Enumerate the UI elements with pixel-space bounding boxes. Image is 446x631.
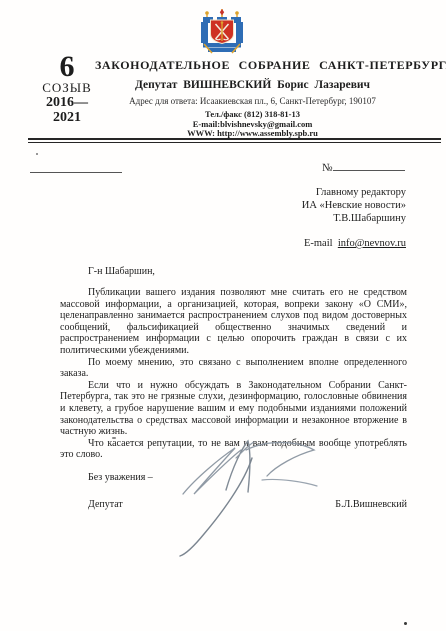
- addressee-person: Т.В.Шабаршину: [186, 212, 406, 225]
- convocation-block: 6 СОЗЫВ 2016— 2021: [34, 54, 100, 125]
- addressee-agency: ИА «Невские новости»: [186, 199, 406, 212]
- addressee-email-link[interactable]: info@nevnov.ru: [338, 238, 406, 249]
- convocation-years-start: 2016—: [34, 95, 100, 110]
- salutation: Г-н Шабаршин,: [60, 266, 407, 277]
- organization-name: ЗАКОНОДАТЕЛЬНОЕ СОБРАНИЕ САНКТ-ПЕТЕРБУРГ…: [95, 58, 410, 73]
- scan-speck: [112, 437, 116, 439]
- convocation-label: СОЗЫВ: [34, 81, 100, 95]
- signer-name: Б.Л.Вишневский: [335, 499, 407, 510]
- scan-speck: [36, 153, 38, 155]
- addressee-block: Главному редактору ИА «Невские новости» …: [186, 186, 406, 250]
- signer-position: Депутат: [88, 499, 123, 510]
- convocation-number: 6: [34, 54, 100, 80]
- addressee-email-label: E-mail: [304, 238, 333, 249]
- convocation-years-end: 2021: [34, 110, 100, 125]
- outgoing-date-blank: [30, 160, 122, 173]
- spb-coat-of-arms-icon: [199, 8, 245, 56]
- scanned-letter-page: 6 СОЗЫВ 2016— 2021 ЗАКОНОДАТЕЛЬНОЕ СОБРА…: [0, 0, 446, 631]
- number-sign-label: №: [322, 162, 333, 174]
- reply-address: Адрес для ответа: Исаакиевская пл., 6, С…: [95, 96, 410, 106]
- body-paragraph: Публикации вашего издания позволяют мне …: [60, 287, 407, 357]
- deputy-name: Депутат ВИШНЕВСКИЙ Борис Лазаревич: [95, 79, 410, 91]
- outgoing-number-blank: [333, 159, 405, 171]
- letterhead-divider: [28, 138, 441, 143]
- body-paragraph: По моему мнению, это связано с выполнени…: [60, 357, 407, 380]
- handwritten-signature: [158, 428, 328, 568]
- outgoing-number-field: №: [322, 159, 405, 174]
- addressee-title: Главному редактору: [186, 186, 406, 199]
- scan-speck: [404, 622, 407, 625]
- letterhead: ЗАКОНОДАТЕЛЬНОЕ СОБРАНИЕ САНКТ-ПЕТЕРБУРГ…: [95, 58, 410, 139]
